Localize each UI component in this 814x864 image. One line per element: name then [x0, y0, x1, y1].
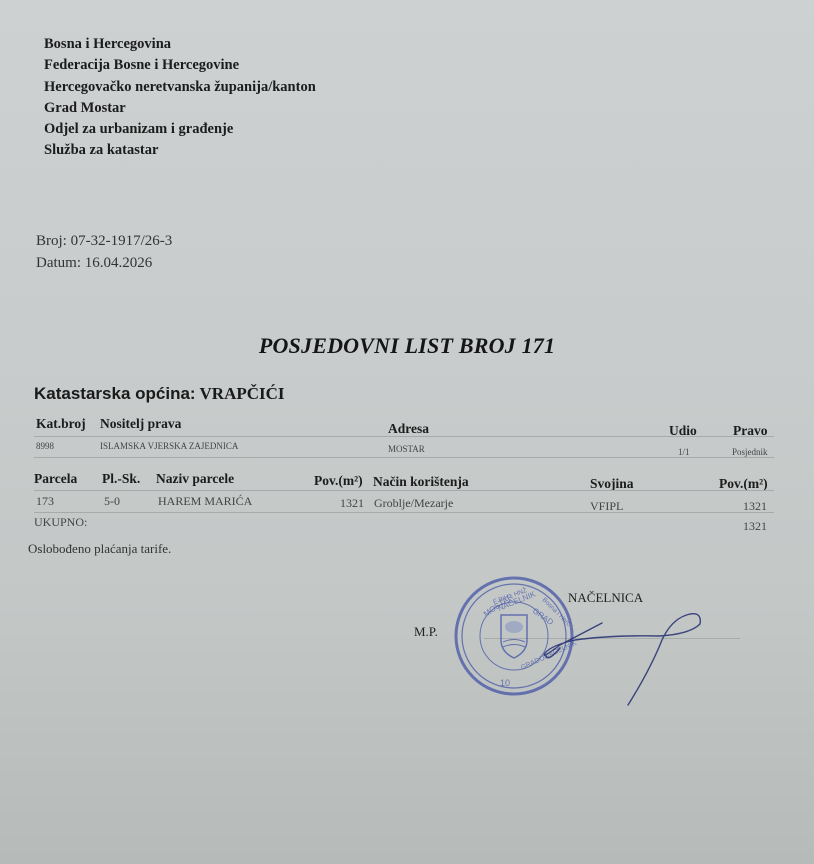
stamp-number: 10: [500, 678, 510, 688]
official-stamp-icon: F BiH - HNŽ MOSTAR NAČELNIK GRAD Bosna i…: [0, 0, 814, 864]
